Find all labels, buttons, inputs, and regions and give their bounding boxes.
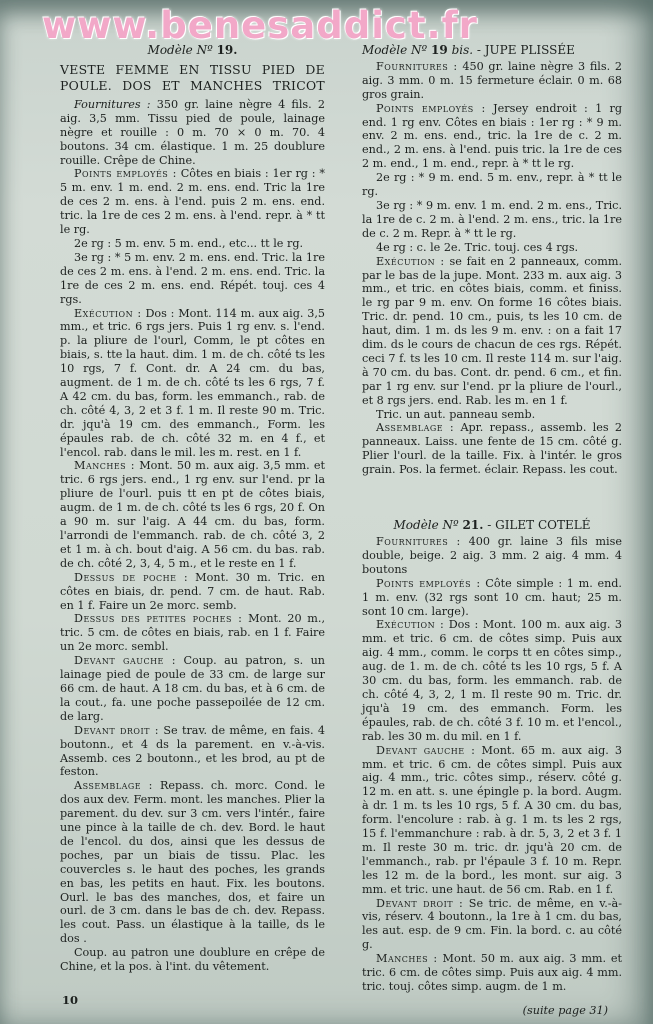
section-label: Exécution : (74, 307, 142, 320)
section-text: 2e rg : 5 m. env. 5 m. end., etc... tt l… (74, 237, 303, 250)
section-label: Devant gauche : (376, 744, 475, 757)
instruction-paragraph: Manches : Mont. 50 m. aux aig. 3,5 mm. e… (60, 459, 325, 570)
instruction-paragraph: Dessus des petites poches : Mont. 20 m.,… (60, 612, 325, 654)
instruction-paragraph: Fournitures : 350 gr. laine nègre 4 fils… (60, 98, 325, 168)
instruction-paragraph: Devant gauche : Coup. au patron, s. un l… (60, 654, 325, 724)
instruction-paragraph: Tric. un aut. panneau semb. (362, 408, 622, 422)
section-label: Devant droit : (74, 724, 159, 737)
section-label: Fournitures : (376, 60, 458, 73)
instruction-paragraph: Points employés : Côte simple : 1 m. end… (362, 577, 622, 619)
section-label: Points employés : (74, 167, 177, 180)
model-21-instructions: Fournitures : 400 gr. laine 3 fils mise … (362, 535, 622, 994)
section-label: Devant gauche : (74, 654, 176, 667)
model-label: Modèle Nº (148, 43, 213, 57)
section-text: Tric. un aut. panneau semb. (376, 408, 535, 421)
instruction-paragraph: Points employés : Jersey endroit : 1 rg … (362, 102, 622, 172)
instruction-paragraph: Exécution : se fait en 2 panneaux, comm.… (362, 255, 622, 408)
section-label: Assemblage : (74, 779, 153, 792)
model-suffix: bis. (452, 43, 474, 57)
instruction-paragraph: Fournitures : 450 gr. laine nègre 3 fils… (362, 60, 622, 102)
model-19bis-title: Modèle Nº 19 bis. - JUPE PLISSÉE (362, 44, 622, 58)
instruction-paragraph: Devant droit : Se tric. de même, en v.-à… (362, 897, 622, 953)
section-text: 3e rg : * 5 m. env. 2 m. ens. end. Tric.… (60, 251, 325, 306)
section-label: Fournitures : (376, 535, 461, 548)
section-text: 3e rg : * 9 m. env. 1 m. end. 2 m. ens.,… (362, 199, 622, 240)
watermark: www.benesaddict.fr (42, 4, 478, 47)
section-text: se fait en 2 panneaux, comm. par le bas … (362, 255, 622, 407)
model-label: Modèle Nº (394, 518, 459, 532)
section-label: Points employés : (376, 102, 486, 115)
section-label: Dessus de poche : (74, 571, 188, 584)
model-19bis-instructions: Fournitures : 450 gr. laine nègre 3 fils… (362, 60, 622, 477)
model-label: Modèle Nº (362, 43, 427, 57)
model-number: 19. (217, 43, 238, 57)
model-name: - GILET COTELÉ (483, 518, 590, 532)
instruction-paragraph: Coup. au patron une doublure en crêpe de… (60, 946, 325, 974)
model-19-title: Modèle Nº 19. (60, 44, 325, 58)
instruction-paragraph: Fournitures : 400 gr. laine 3 fils mise … (362, 535, 622, 577)
right-column: Modèle Nº 19 bis. - JUPE PLISSÉE Fournit… (362, 44, 622, 1018)
instruction-paragraph: 2e rg : 5 m. env. 5 m. end., etc... tt l… (60, 237, 325, 251)
section-text: Coup. au patron une doublure en crêpe de… (60, 946, 325, 973)
model-name: - JUPE PLISSÉE (473, 43, 575, 57)
section-label: Exécution : (376, 618, 444, 631)
section-label: Dessus des petites poches : (74, 612, 242, 625)
section-text: Dos : Mont. 114 m. aux aig. 3,5 mm., et … (60, 307, 325, 459)
instruction-paragraph: 3e rg : * 9 m. env. 1 m. end. 2 m. ens.,… (362, 199, 622, 241)
instruction-paragraph: Devant droit : Se trav. de même, en fais… (60, 724, 325, 780)
section-text: Mont. 65 m. aux aig. 3 mm. et tric. 6 cm… (362, 744, 622, 896)
page-number: 10 (62, 993, 78, 1007)
continuation-note: (suite page 31) (362, 1004, 622, 1018)
section-label: Fournitures : (74, 98, 151, 111)
instruction-paragraph: Exécution : Dos : Mont. 114 m. aux aig. … (60, 307, 325, 460)
instruction-paragraph: Dessus de poche : Mont. 30 m. Tric. en c… (60, 571, 325, 613)
section-text: Dos : Mont. 100 m. aux aig. 3 mm. et tri… (362, 618, 622, 742)
section-label: Assemblage : (376, 421, 454, 434)
model-number: 19 (431, 43, 448, 57)
section-label: Devant droit : (376, 897, 463, 910)
instruction-paragraph: Assemblage : Apr. repass., assemb. les 2… (362, 421, 622, 477)
instruction-paragraph: 4e rg : c. le 2e. Tric. touj. ces 4 rgs. (362, 241, 622, 255)
instruction-paragraph: Devant gauche : Mont. 65 m. aux aig. 3 m… (362, 744, 622, 897)
instruction-paragraph: 2e rg : * 9 m. end. 5 m. env., repr. à *… (362, 171, 622, 199)
instruction-paragraph: 3e rg : * 5 m. env. 2 m. ens. end. Tric.… (60, 251, 325, 307)
section-text: Repass. ch. morc. Cond. le dos aux dev. … (60, 779, 325, 945)
instruction-paragraph: Manches : Mont. 50 m. aux aig. 3 mm. et … (362, 952, 622, 994)
instruction-paragraph: Assemblage : Repass. ch. morc. Cond. le … (60, 779, 325, 946)
instruction-paragraph: Exécution : Dos : Mont. 100 m. aux aig. … (362, 618, 622, 743)
section-label: Exécution : (376, 255, 445, 268)
left-column: Modèle Nº 19. VESTE FEMME EN TISSU PIED … (60, 44, 325, 974)
section-text: 2e rg : * 9 m. end. 5 m. env., repr. à *… (362, 171, 622, 198)
model-21-title: Modèle Nº 21. - GILET COTELÉ (362, 519, 622, 533)
section-text: Mont. 50 m. aux aig. 3,5 mm. et tric. 6 … (60, 459, 325, 569)
section-label: Points employés : (376, 577, 481, 590)
model-19-instructions: Fournitures : 350 gr. laine nègre 4 fils… (60, 98, 325, 974)
model-19-headline: VESTE FEMME EN TISSU PIED DE POULE. DOS … (60, 62, 325, 94)
section-label: Manches : (376, 952, 438, 965)
magazine-page: www.benesaddict.fr Modèle Nº 19. VESTE F… (0, 0, 653, 1024)
section-text: 4e rg : c. le 2e. Tric. touj. ces 4 rgs. (376, 241, 578, 254)
model-number: 21. (463, 518, 484, 532)
section-label: Manches : (74, 459, 135, 472)
instruction-paragraph: Points employés : Côtes en biais : 1er r… (60, 167, 325, 237)
